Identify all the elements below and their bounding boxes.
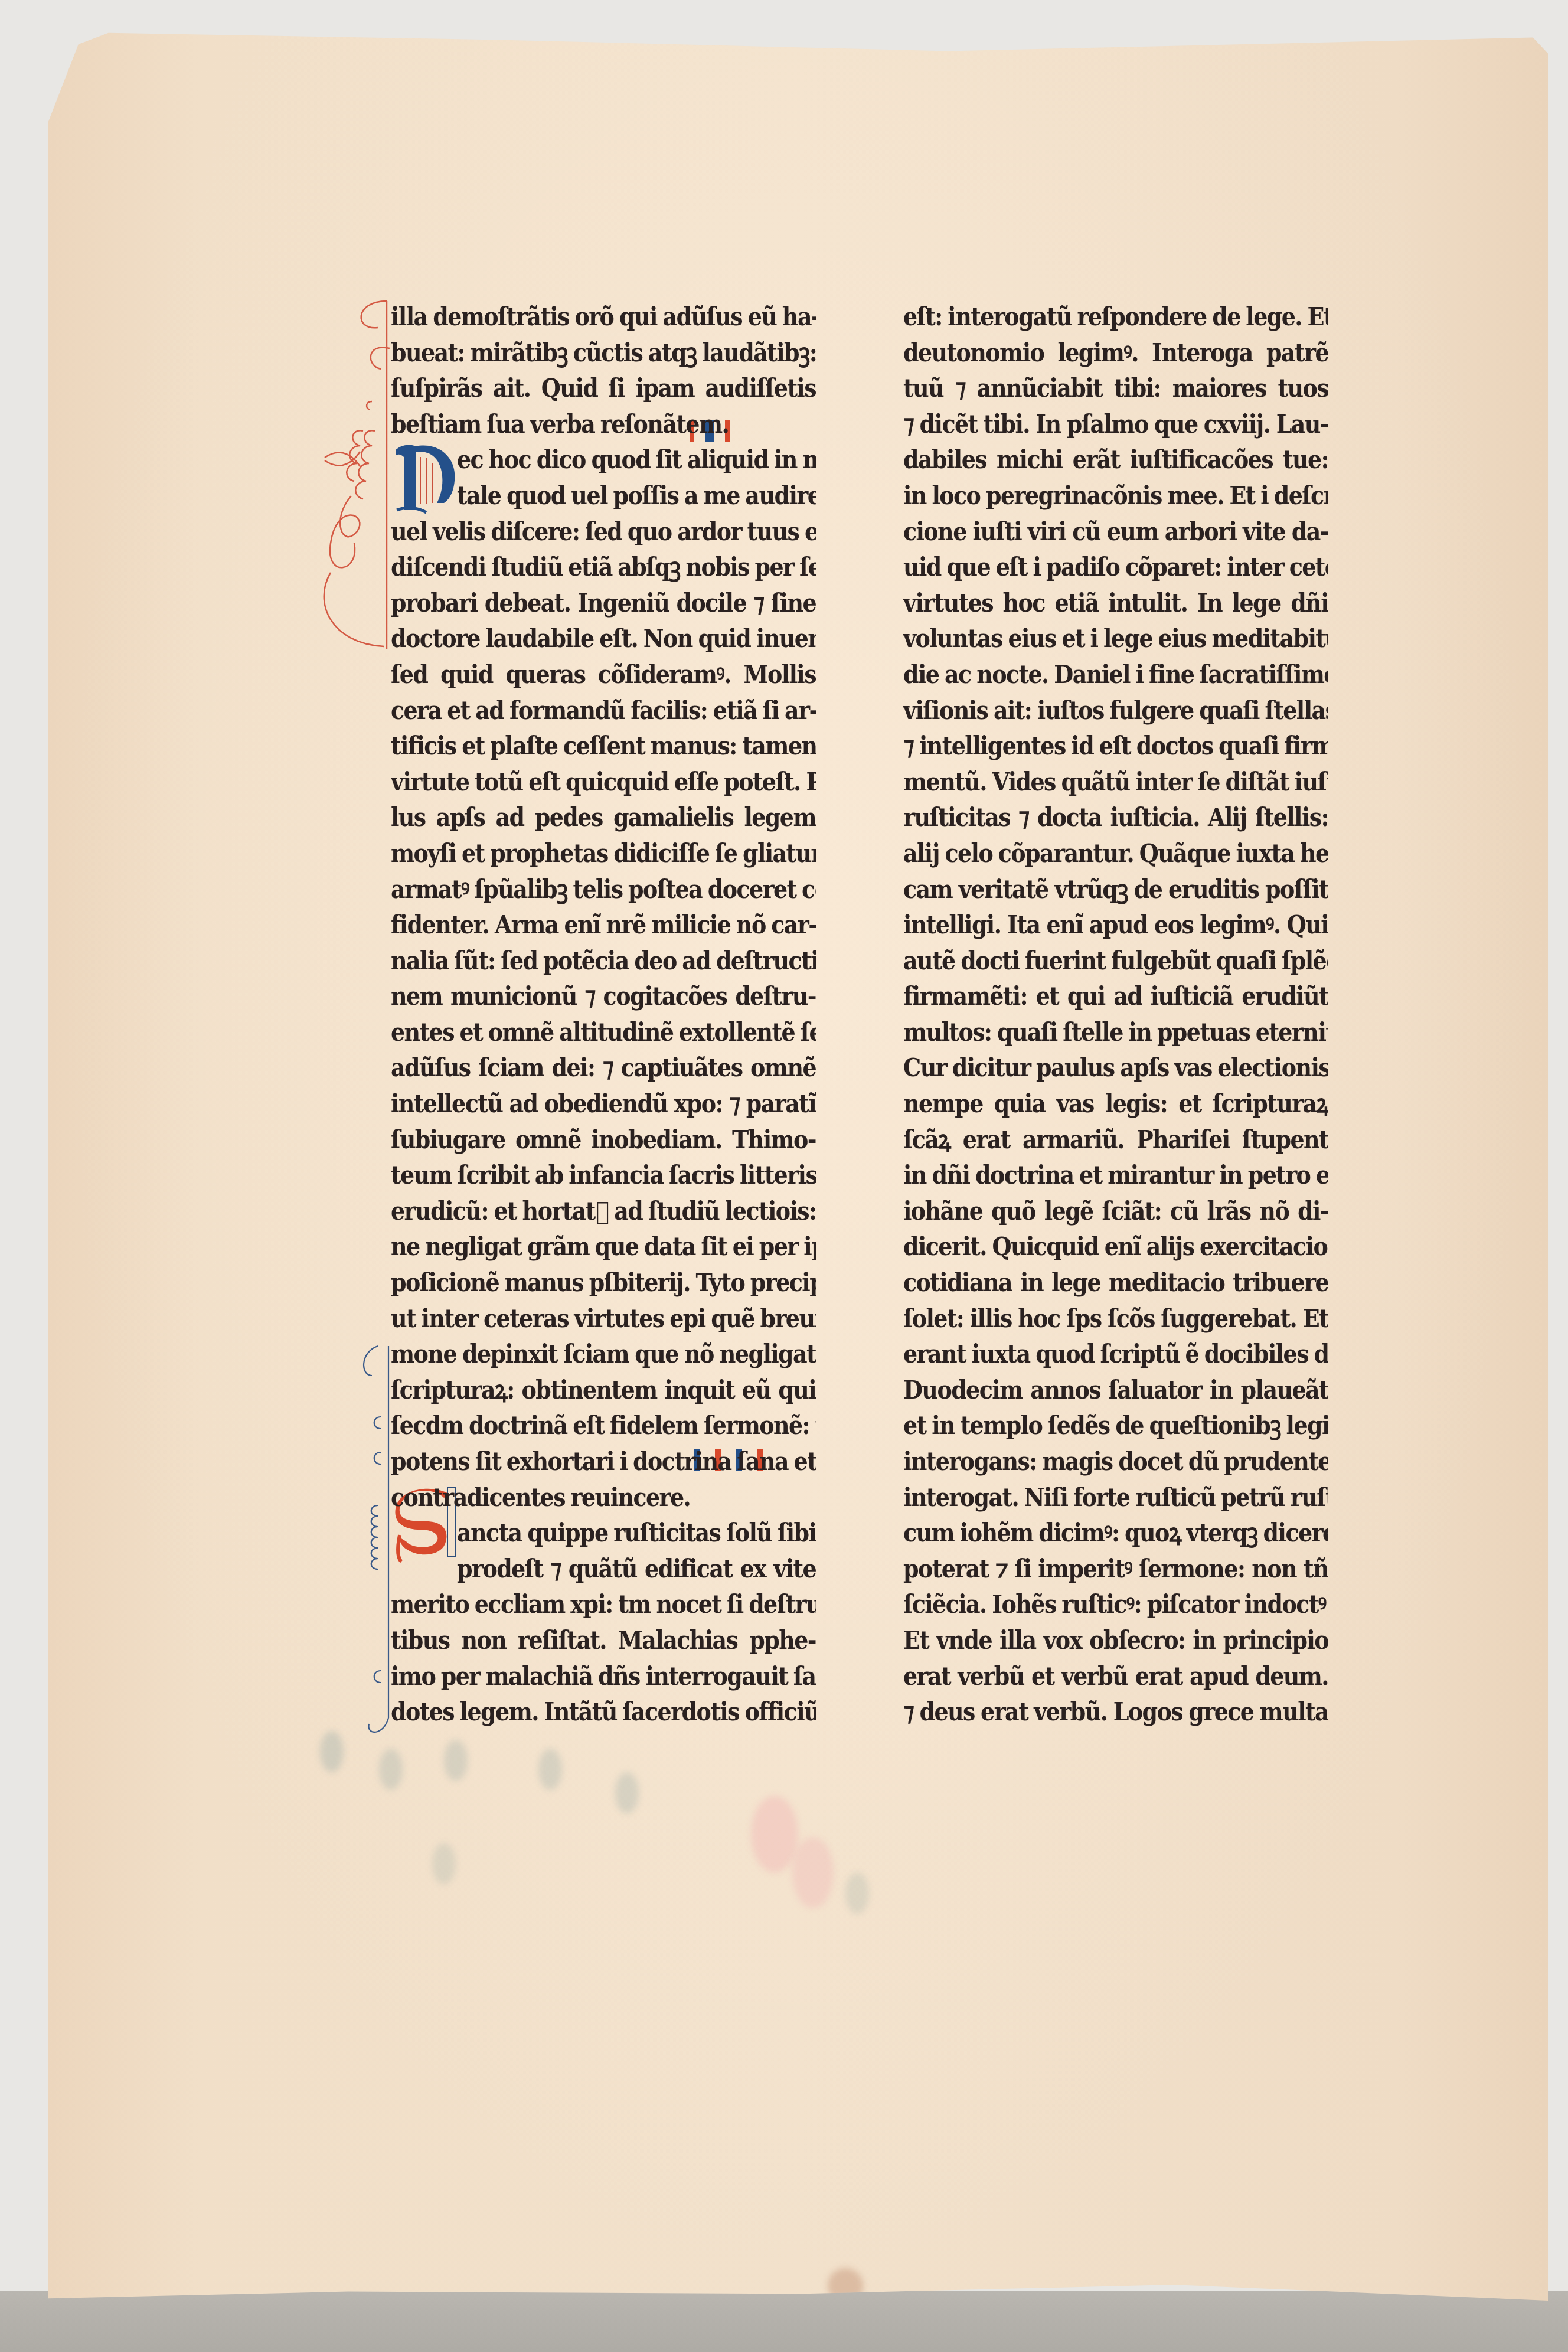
- text-line: tificis et plaſte ceſſent manus: tamen: [391, 726, 816, 766]
- text-line: erudicũ: et hortatᷓ ad ſtudiũ lectiois:: [391, 1191, 816, 1231]
- text-line: doctore laudabile eſt. Non quid inuenias…: [391, 619, 816, 659]
- text-line: teum ſcribit ab infancia ſacris litteris: [391, 1155, 816, 1195]
- text-line: ſcãꝝ erat armariũ. Phariſei ſtupent: [903, 1119, 1328, 1159]
- text-line: mone depinxit ſciam que nõ negligat: [391, 1334, 816, 1374]
- text-line: multos: quaſi ſtelle in ppetuas eternita…: [903, 1012, 1328, 1052]
- text-line: et in templo ſedẽs de queſtionibꝫ legis: [903, 1406, 1328, 1446]
- text-line: eſt: interogatũ reſpondere de lege. Et i…: [903, 296, 1328, 337]
- text-line: merito eccliam xpi: tm nocet ſi deſtruẽ-: [391, 1585, 816, 1625]
- text-line: probari debeat. Ingeniũ docile ⁊ ſine: [391, 583, 816, 623]
- text-line: ſecdm doctrinã eſt fidelem ſermonẽ: ut: [391, 1406, 816, 1446]
- text-line: autẽ docti fuerint fulgebũt quaſi ſplẽdo…: [903, 940, 1328, 981]
- text-line: cione iuſti viri cũ eum arbori vite da-: [903, 511, 1328, 551]
- text-line: ne negligat grãm que data ſit ei per ip-: [391, 1227, 816, 1267]
- text-line: ⁊ deus erat verbũ. Logos grece multa: [903, 1692, 1328, 1732]
- text-line: ⁊ intelligentes id eſt doctos quaſi firm…: [903, 726, 1328, 766]
- text-line: in loco peregrinacõnis mee. Et i deſcrip…: [903, 475, 1328, 515]
- text-line: alij celo cõparantur. Quãque iuxta hebra…: [903, 833, 1328, 873]
- text-line: Cur dicitur paulus apſs vas electionis.: [903, 1048, 1328, 1088]
- penwork-flourish-red: [307, 295, 401, 673]
- text-line: contradicentes reuincere.: [391, 1477, 816, 1517]
- text-line: deutonomio legimꝰ. Interoga patrẽ: [903, 332, 1328, 373]
- text-line: beſtiam ſua verba reſonãtem.: [391, 404, 816, 444]
- text-line: uel velis diſcere: ſed quo ardor tuus et: [391, 511, 816, 551]
- text-line: tuũ ⁊ annũciabit tibi: maiores tuos: [903, 368, 1328, 409]
- stain: [751, 1796, 798, 1873]
- text-line: die ac nocte. Daniel i fine ſacratiſſime: [903, 654, 1328, 694]
- text-line: uid que eſt i padiſo cõparet: inter cete…: [903, 547, 1328, 587]
- text-line: ⁊ dicẽt tibi. In pſalmo que cxviij. Lau-: [903, 404, 1328, 444]
- text-line: illa demoſtrãtis orõ qui adũſus eũ ha-: [391, 296, 816, 337]
- text-line: mentũ. Vides quãtũ inter ſe diſtãt iuſta: [903, 762, 1328, 802]
- text-line: nalia ſũt: ſed potẽcia deo ad deſtructio…: [391, 940, 816, 981]
- stain: [845, 1873, 869, 1914]
- text-line: adũſus ſciam dei: ⁊ captiuãtes omnẽ: [391, 1048, 816, 1088]
- text-line: ſed quid queras cõſideramꝰ. Mollis: [391, 654, 816, 694]
- text-line: voluntas eius et i lege eius meditabitur: [903, 619, 1328, 659]
- text-line: diſcendi ſtudiũ etiã abſqꝫ nobis per ſe: [391, 547, 816, 587]
- text-line: bueat: mirãtibꝫ cũctis atqꝫ laudãtibꝫ:: [391, 332, 816, 373]
- text-line: ec hoc dico quod ſit aliquid in me: [391, 440, 816, 480]
- stain: [538, 1749, 562, 1790]
- text-line: virtutes hoc etiã intulit. In lege dñi: [903, 583, 1328, 623]
- text-line: fidenter. Arma enĩ nrẽ milicie nõ car-: [391, 904, 816, 945]
- stain: [432, 1843, 456, 1884]
- text-line: moyſi et prophetas didiciſſe ſe gliatur:…: [391, 833, 816, 873]
- text-line: ruſticitas ⁊ docta iuſticia. Alij ſtelli…: [903, 798, 1328, 838]
- text-line: erat verbũ et verbũ erat apud deum.: [903, 1656, 1328, 1696]
- text-line: virtute totũ eſt quicquid eſſe poteſt. P…: [391, 762, 816, 802]
- text-line: tibus non reſiſtat. Malachias pphe-: [391, 1620, 816, 1660]
- text-line: entes et omnẽ altitudinẽ extollentẽ ſe: [391, 1012, 816, 1052]
- text-line: iohãne quõ legẽ ſciãt: cũ lrãs nõ di-: [903, 1191, 1328, 1231]
- text-line: in dñi doctrina et mirantur in petro et: [903, 1155, 1328, 1195]
- table-surface: [0, 2291, 1568, 2352]
- text-line: poſicionẽ manus pſbiterij. Tyto precipit…: [391, 1262, 816, 1302]
- text-line: ſciẽcia. Iohẽs ruſticꝰ: piſcator indoctꝰ…: [903, 1585, 1328, 1625]
- text-line: potens ſit exhortari i doctrina ſana et: [391, 1441, 816, 1481]
- text-line: dicerit. Quicquid enĩ alijs exercitacio …: [903, 1227, 1328, 1267]
- text-line: intellectũ ad obediendũ xpo: ⁊ paratĩ: [391, 1083, 816, 1123]
- text-line: cam veritatẽ vtrũqꝫ de eruditis poſſit: [903, 869, 1328, 909]
- stain: [615, 1772, 639, 1814]
- stain: [444, 1740, 468, 1781]
- stain: [792, 1837, 834, 1908]
- text-line: lus apſs ad pedes gamalielis legem: [391, 798, 816, 838]
- text-line: imo per malachiã dñs interrogauit ſac-: [391, 1656, 816, 1696]
- text-line: nem municionũ ⁊ cogitacões deſtru-: [391, 976, 816, 1017]
- text-line: prodeſt ⁊ quãtũ edificat ex vite: [391, 1549, 816, 1589]
- text-line: armatꝰ ſpũalibꝫ telis poſtea doceret con…: [391, 869, 816, 909]
- text-line: interogans: magis docet dũ prudenter: [903, 1441, 1328, 1481]
- text-column-right: eſt: interogatũ reſpondere de lege. Et i…: [903, 299, 1328, 1730]
- text-line: poterat ⁊ ſi imperitꝰ ſermone: non tñ: [903, 1549, 1328, 1589]
- text-line: ſcripturaꝝ: obtinentem inquit eũ qui: [391, 1370, 816, 1410]
- text-line: cum iohẽm dicimꝰ: quoꝝ vterqꝫ dicere: [903, 1513, 1328, 1553]
- text-line: cotidiana in lege meditacio tribuere: [903, 1262, 1328, 1302]
- text-line: Et vnde illa vox obſecro: in principio: [903, 1620, 1328, 1660]
- text-line: ut inter ceteras virtutes epi quẽ breui …: [391, 1298, 816, 1338]
- stain: [320, 1731, 344, 1772]
- stain: [379, 1749, 403, 1790]
- text-line: Duodecim annos ſaluator in plaueãt: [903, 1370, 1328, 1410]
- text-line: ſubiugare omnẽ inobediam. Thimo-: [391, 1119, 816, 1159]
- text-line: dotes legem. Intãtũ ſacerdotis officiũ: [391, 1692, 816, 1732]
- text-line: firmamẽti: et qui ad iuſticiã erudiũt: [903, 976, 1328, 1017]
- text-line: intelligi. Ita enĩ apud eos legimꝰ. Qui: [903, 904, 1328, 945]
- text-line: viſionis ait: iuſtos fulgere quaſi ſtell…: [903, 690, 1328, 730]
- text-line: nempe quia vas legis: et ſcripturaꝝ: [903, 1083, 1328, 1123]
- text-line: ſuſpirãs ait. Quid ſi ipam audiſſetis: [391, 368, 816, 409]
- text-line: ſolet: illis hoc ſps ſcõs ſuggerebat. Et: [903, 1298, 1328, 1338]
- text-line: tale quod uel poſſis a me audire: [391, 475, 816, 515]
- text-line: cera et ad formandũ facilis: etiã ſi ar-: [391, 690, 816, 730]
- text-line: dabiles michi erãt iuſtificacões tue:: [903, 440, 1328, 480]
- text-line: erant iuxta quod ſcriptũ ẽ docibiles dei…: [903, 1334, 1328, 1374]
- text-line: ancta quippe ruſticitas ſolũ ſibi: [391, 1513, 816, 1553]
- text-line: interogat. Niſi forte ruſticũ petrũ ruſt…: [903, 1477, 1328, 1517]
- text-column-left: illa demoſtrãtis orõ qui adũſus eũ ha- b…: [391, 299, 816, 1730]
